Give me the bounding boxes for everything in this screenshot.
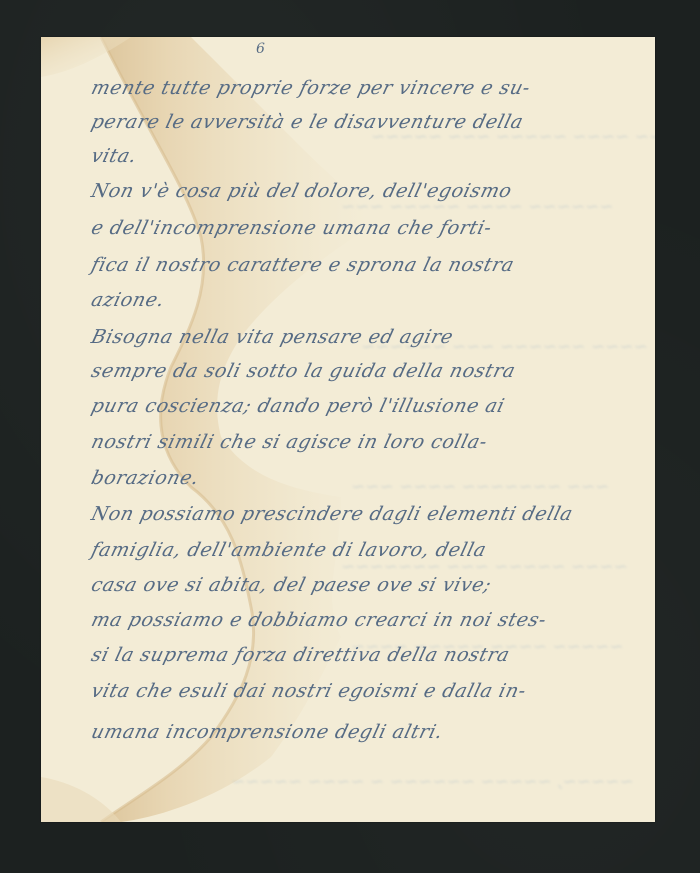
handwritten-line: pura coscienza; dando però l'illusione a… xyxy=(41,395,655,417)
handwritten-line: ma possiamo e dobbiamo crearci in noi st… xyxy=(41,609,655,631)
handwritten-line: perare le avversità e le disavventure de… xyxy=(41,111,655,133)
handwritten-line: si la suprema forza direttiva della nost… xyxy=(41,644,655,666)
handwritten-line: casa ove si abita, del paese ove si vive… xyxy=(41,574,655,596)
handwritten-line: borazione. xyxy=(41,467,655,489)
handwritten-line: Non possiamo prescindere dagli elementi … xyxy=(41,503,655,525)
handwritten-line: sempre da soli sotto la guida della nost… xyxy=(41,360,655,382)
handwritten-line: vita che esuli dai nostri egoismi e dall… xyxy=(41,680,655,702)
handwritten-line: vita. xyxy=(41,145,655,167)
handwritten-line: e dell'incomprensione umana che forti- xyxy=(41,217,655,239)
handwritten-line: famiglia, dell'ambiente di lavoro, della xyxy=(41,539,655,561)
bleed-through-text: ~~~~~, ~~~~~ ~~~~~~ ~ ~~~~ ~~~~~ xyxy=(231,772,634,792)
handwritten-line: nostri simili che si agisce in loro coll… xyxy=(41,431,655,453)
handwritten-line: umana incomprensione degli altri. xyxy=(41,721,655,743)
handwritten-line: Bisogna nella vita pensare ed agire xyxy=(41,326,655,348)
handwritten-line: Non v'è cosa più del dolore, dell'egoism… xyxy=(41,180,655,202)
handwritten-line: fica il nostro carattere e sprona la nos… xyxy=(41,254,655,276)
letter-page: ~~ ~~~~ ~~~~~ ~~~ ~~~~~ ~~~~~~ ~~~~ ~~~~… xyxy=(41,37,655,822)
handwritten-line: azione. xyxy=(41,289,655,311)
handwritten-line: mente tutte proprie forze per vincere e … xyxy=(41,77,655,99)
page-number-mark: 6 xyxy=(256,41,265,57)
